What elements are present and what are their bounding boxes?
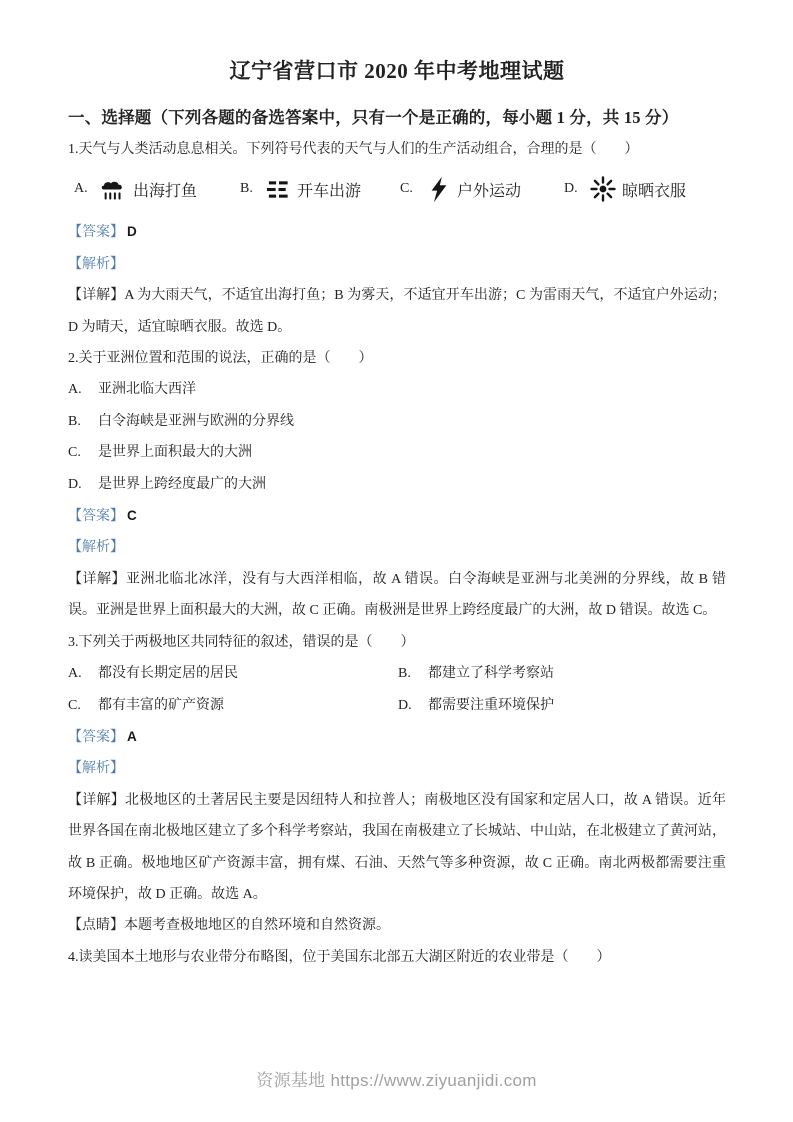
page-title: 辽宁省营口市 2020 年中考地理试题 <box>68 52 726 90</box>
option-key: A. <box>68 374 98 405</box>
question-3-options: A.都没有长期定居的居民 B.都建立了科学考察站 C.都有丰富的矿产资源 D.都… <box>68 658 726 721</box>
option-item: C.都有丰富的矿产资源 <box>68 690 398 721</box>
option-item: A.都没有长期定居的居民 <box>68 658 398 689</box>
option-label: 白令海峡是亚洲与欧洲的分界线 <box>98 414 294 429</box>
analysis-line: 【解析】 <box>68 753 726 784</box>
detail-paragraph: 【详解】亚洲北临北冰洋，没有与大西洋相临，故 A 错误。白令海峡是亚洲与北美洲的… <box>68 564 726 627</box>
option-item: B.白令海峡是亚洲与欧洲的分界线 <box>68 406 726 437</box>
fog-icon <box>266 177 291 202</box>
footer: 资源基地 https://www.ziyuanjidi.com <box>0 1066 793 1091</box>
option-item: D. 晾晒衣服 <box>564 176 686 202</box>
detail-label: 【详解】 <box>68 572 126 587</box>
question-stem-text: 关于亚洲位置和范围的说法，正确的是（ ） <box>79 351 373 366</box>
answer-value: D <box>127 224 137 239</box>
option-label: 都有丰富的矿产资源 <box>98 698 224 713</box>
option-key: B. <box>240 181 257 197</box>
question-1: 1.天气与人类活动息息相关。下列符号代表的天气与人们的生产活动组合，合理的是（ … <box>68 134 726 343</box>
detail-text: 北极地区的土著居民主要是因纽特人和拉普人；南极地区没有国家和定居人口，故 A 错… <box>68 793 726 902</box>
option-label: 是世界上跨经度最广的大洲 <box>98 477 266 492</box>
option-label: 亚洲北临大西洋 <box>98 382 196 397</box>
analysis-line: 【解析】 <box>68 532 726 563</box>
option-item: A. 出海打鱼 <box>74 176 240 203</box>
sunny-icon <box>590 176 616 202</box>
option-label: 出海打鱼 <box>133 178 197 201</box>
heavy-rain-icon <box>100 176 127 203</box>
answer-label: 【答案】 <box>68 509 124 524</box>
option-key: D. <box>564 181 581 197</box>
question-number: 2. <box>68 351 79 366</box>
option-key: D. <box>68 469 98 500</box>
option-key: D. <box>398 690 428 721</box>
question-number: 4. <box>68 950 79 965</box>
option-item: D.都需要注重环境保护 <box>398 690 726 721</box>
option-key: B. <box>398 658 428 689</box>
option-label: 开车出游 <box>297 178 361 201</box>
question-stem: 4.读美国本土地形与农业带分布略图，位于美国东北部五大湖区附近的农业带是（ ） <box>68 942 726 973</box>
detail-text: A 为大雨天气，不适宜出海打鱼；B 为雾天，不适宜开车出游；C 为雷雨天气，不适… <box>68 288 726 334</box>
option-item: A.亚洲北临大西洋 <box>68 374 726 405</box>
detail-paragraph: 【详解】A 为大雨天气，不适宜出海打鱼；B 为雾天，不适宜开车出游；C 为雷雨天… <box>68 280 726 343</box>
detail-text: 亚洲北临北冰洋，没有与大西洋相临，故 A 错误。白令海峡是亚洲与北美洲的分界线，… <box>68 572 726 618</box>
question-4: 4.读美国本土地形与农业带分布略图，位于美国东北部五大湖区附近的农业带是（ ） <box>68 942 726 973</box>
question-stem: 3.下列关于两极地区共同特征的叙述，错误的是（ ） <box>68 627 726 658</box>
question-1-options: A. 出海打鱼 B. <box>68 167 726 211</box>
option-key: C. <box>68 437 98 468</box>
answer-line: 【答案】D <box>68 216 726 248</box>
option-key: B. <box>68 406 98 437</box>
answer-value: C <box>127 508 137 523</box>
option-key: C. <box>400 181 417 197</box>
option-label: 都建立了科学考察站 <box>428 666 554 681</box>
tip-text: 本题考查极地地区的自然环境和自然资源。 <box>124 918 390 933</box>
analysis-label: 【解析】 <box>68 540 124 555</box>
option-item: C. 户外运动 <box>400 176 564 203</box>
answer-line: 【答案】C <box>68 500 726 532</box>
option-key: A. <box>68 658 98 689</box>
answer-line: 【答案】A <box>68 721 726 753</box>
exam-page: 辽宁省营口市 2020 年中考地理试题 一、选择题（下列各题的备选答案中，只有一… <box>0 0 793 1122</box>
question-stem-text: 读美国本土地形与农业带分布略图，位于美国东北部五大湖区附近的农业带是（ ） <box>79 950 611 965</box>
detail-label: 【详解】 <box>68 793 125 808</box>
question-2: 2.关于亚洲位置和范围的说法，正确的是（ ） A.亚洲北临大西洋 B.白令海峡是… <box>68 343 726 627</box>
section-heading: 一、选择题（下列各题的备选答案中，只有一个是正确的，每小题 1 分，共 15 分… <box>68 102 726 134</box>
option-item: B.都建立了科学考察站 <box>398 658 726 689</box>
option-label: 都没有长期定居的居民 <box>98 666 238 681</box>
question-stem-text: 下列关于两极地区共同特征的叙述，错误的是（ ） <box>79 635 415 650</box>
option-key: A. <box>74 181 91 197</box>
thunderstorm-icon <box>426 176 451 203</box>
answer-label: 【答案】 <box>68 730 124 745</box>
tip-label: 【点睛】 <box>68 918 124 933</box>
answer-label: 【答案】 <box>68 225 124 240</box>
option-label: 都需要注重环境保护 <box>428 698 554 713</box>
option-item: C.是世界上面积最大的大洲 <box>68 437 726 468</box>
option-item: B. 开车出游 <box>240 177 400 202</box>
footer-link[interactable]: 资源基地 https://www.ziyuanjidi.com <box>256 1071 536 1090</box>
analysis-label: 【解析】 <box>68 761 124 776</box>
question-stem-text: 天气与人类活动息息相关。下列符号代表的天气与人们的生产活动组合，合理的是（ ） <box>79 142 639 157</box>
detail-label: 【详解】 <box>68 288 124 303</box>
option-label: 晾晒衣服 <box>622 178 686 201</box>
answer-value: A <box>127 729 137 744</box>
option-label: 是世界上面积最大的大洲 <box>98 445 252 460</box>
question-stem: 2.关于亚洲位置和范围的说法，正确的是（ ） <box>68 343 726 374</box>
question-number: 3. <box>68 635 79 650</box>
detail-paragraph: 【详解】北极地区的土著居民主要是因纽特人和拉普人；南极地区没有国家和定居人口，故… <box>68 785 726 911</box>
tip-paragraph: 【点睛】本题考查极地地区的自然环境和自然资源。 <box>68 910 726 941</box>
option-item: D.是世界上跨经度最广的大洲 <box>68 469 726 500</box>
analysis-line: 【解析】 <box>68 249 726 280</box>
option-label: 户外运动 <box>457 178 521 201</box>
analysis-label: 【解析】 <box>68 257 124 272</box>
question-3: 3.下列关于两极地区共同特征的叙述，错误的是（ ） A.都没有长期定居的居民 B… <box>68 627 726 942</box>
option-key: C. <box>68 690 98 721</box>
question-number: 1. <box>68 142 79 157</box>
question-stem: 1.天气与人类活动息息相关。下列符号代表的天气与人们的生产活动组合，合理的是（ … <box>68 134 726 165</box>
